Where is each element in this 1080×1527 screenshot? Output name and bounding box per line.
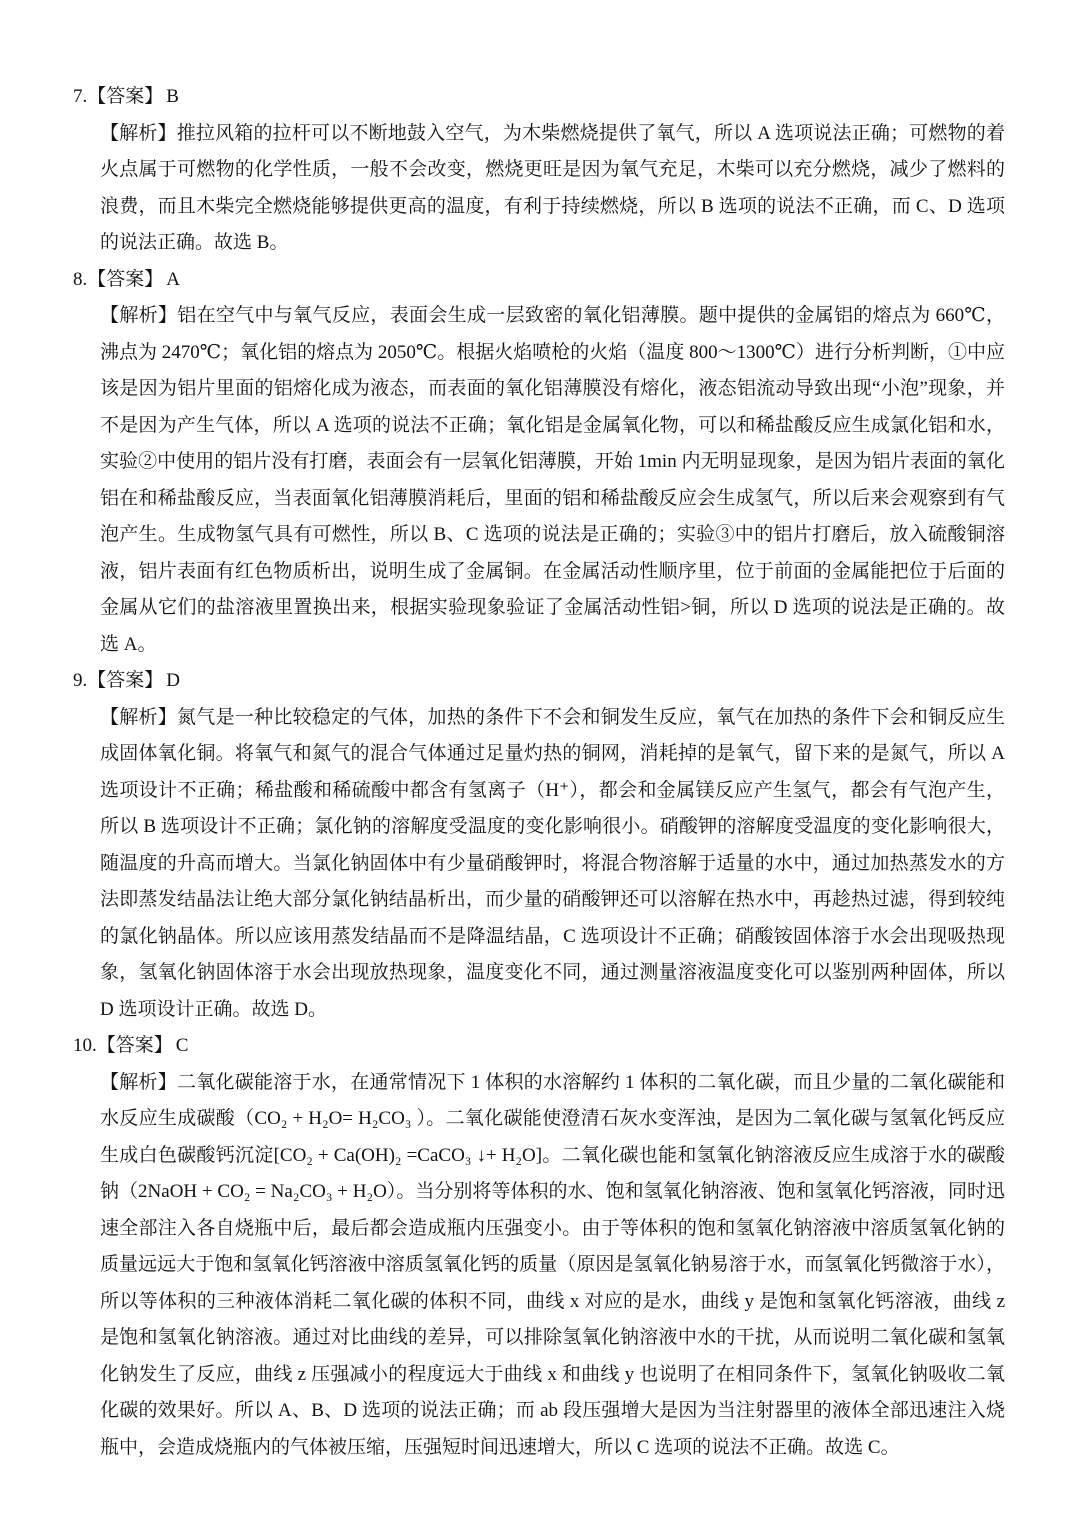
analysis-text: 二氧化碳能溶于水，在通常情况下 1 体积的水溶解约 1 体积的二氧化碳，而且少量…	[100, 1072, 1005, 1458]
analysis-paragraph: 【解析】推拉风箱的拉杆可以不断地鼓入空气，为木柴燃烧提供了氧气，所以 A 选项说…	[100, 116, 1005, 262]
answer-label: 【答案】	[97, 1035, 173, 1056]
question-number: 8.	[73, 269, 87, 290]
analysis-paragraph: 【解析】氮气是一种比较稳定的气体，加热的条件下不会和铜发生反应，氧气在加热的条件…	[100, 700, 1005, 1029]
question-number: 7.	[73, 86, 87, 107]
answer-letter: B	[163, 86, 179, 107]
analysis-label: 【解析】	[100, 123, 177, 144]
answer-line: 8.【答案】A	[0, 262, 1005, 299]
analysis-paragraph: 【解析】铝在空气中与氧气反应，表面会生成一层致密的氧化铝薄膜。题中提供的金属铝的…	[100, 298, 1005, 663]
answer-label: 【答案】	[87, 86, 163, 107]
question-number: 10.	[73, 1035, 97, 1056]
analysis-text: 推拉风箱的拉杆可以不断地鼓入空气，为木柴燃烧提供了氧气，所以 A 选项说法正确；…	[100, 123, 1005, 254]
answer-letter: A	[163, 269, 180, 290]
answer-label: 【答案】	[87, 269, 163, 290]
answer-item-8: 8.【答案】A 【解析】铝在空气中与氧气反应，表面会生成一层致密的氧化铝薄膜。题…	[0, 262, 1005, 664]
document-page: 7.【答案】B 【解析】推拉风箱的拉杆可以不断地鼓入空气，为木柴燃烧提供了氧气，…	[0, 0, 1080, 1527]
answer-item-7: 7.【答案】B 【解析】推拉风箱的拉杆可以不断地鼓入空气，为木柴燃烧提供了氧气，…	[0, 79, 1005, 262]
answer-line: 9.【答案】D	[0, 663, 1005, 700]
answer-line: 10.【答案】C	[0, 1028, 1005, 1065]
answer-label: 【答案】	[87, 670, 163, 691]
answer-line: 7.【答案】B	[0, 79, 1005, 116]
question-number: 9.	[73, 670, 87, 691]
analysis-text: 铝在空气中与氧气反应，表面会生成一层致密的氧化铝薄膜。题中提供的金属铝的熔点为 …	[100, 305, 1005, 655]
analysis-label: 【解析】	[100, 707, 177, 728]
answer-item-10: 10.【答案】C 【解析】二氧化碳能溶于水，在通常情况下 1 体积的水溶解约 1…	[0, 1028, 1005, 1466]
analysis-text: 氮气是一种比较稳定的气体，加热的条件下不会和铜发生反应，氧气在加热的条件下会和铜…	[100, 707, 1005, 1020]
analysis-label: 【解析】	[100, 305, 177, 326]
analysis-label: 【解析】	[100, 1072, 177, 1093]
answer-letter: D	[163, 670, 180, 691]
answer-item-9: 9.【答案】D 【解析】氮气是一种比较稳定的气体，加热的条件下不会和铜发生反应，…	[0, 663, 1005, 1028]
answer-letter: C	[173, 1035, 189, 1056]
analysis-paragraph: 【解析】二氧化碳能溶于水，在通常情况下 1 体积的水溶解约 1 体积的二氧化碳，…	[100, 1065, 1005, 1467]
